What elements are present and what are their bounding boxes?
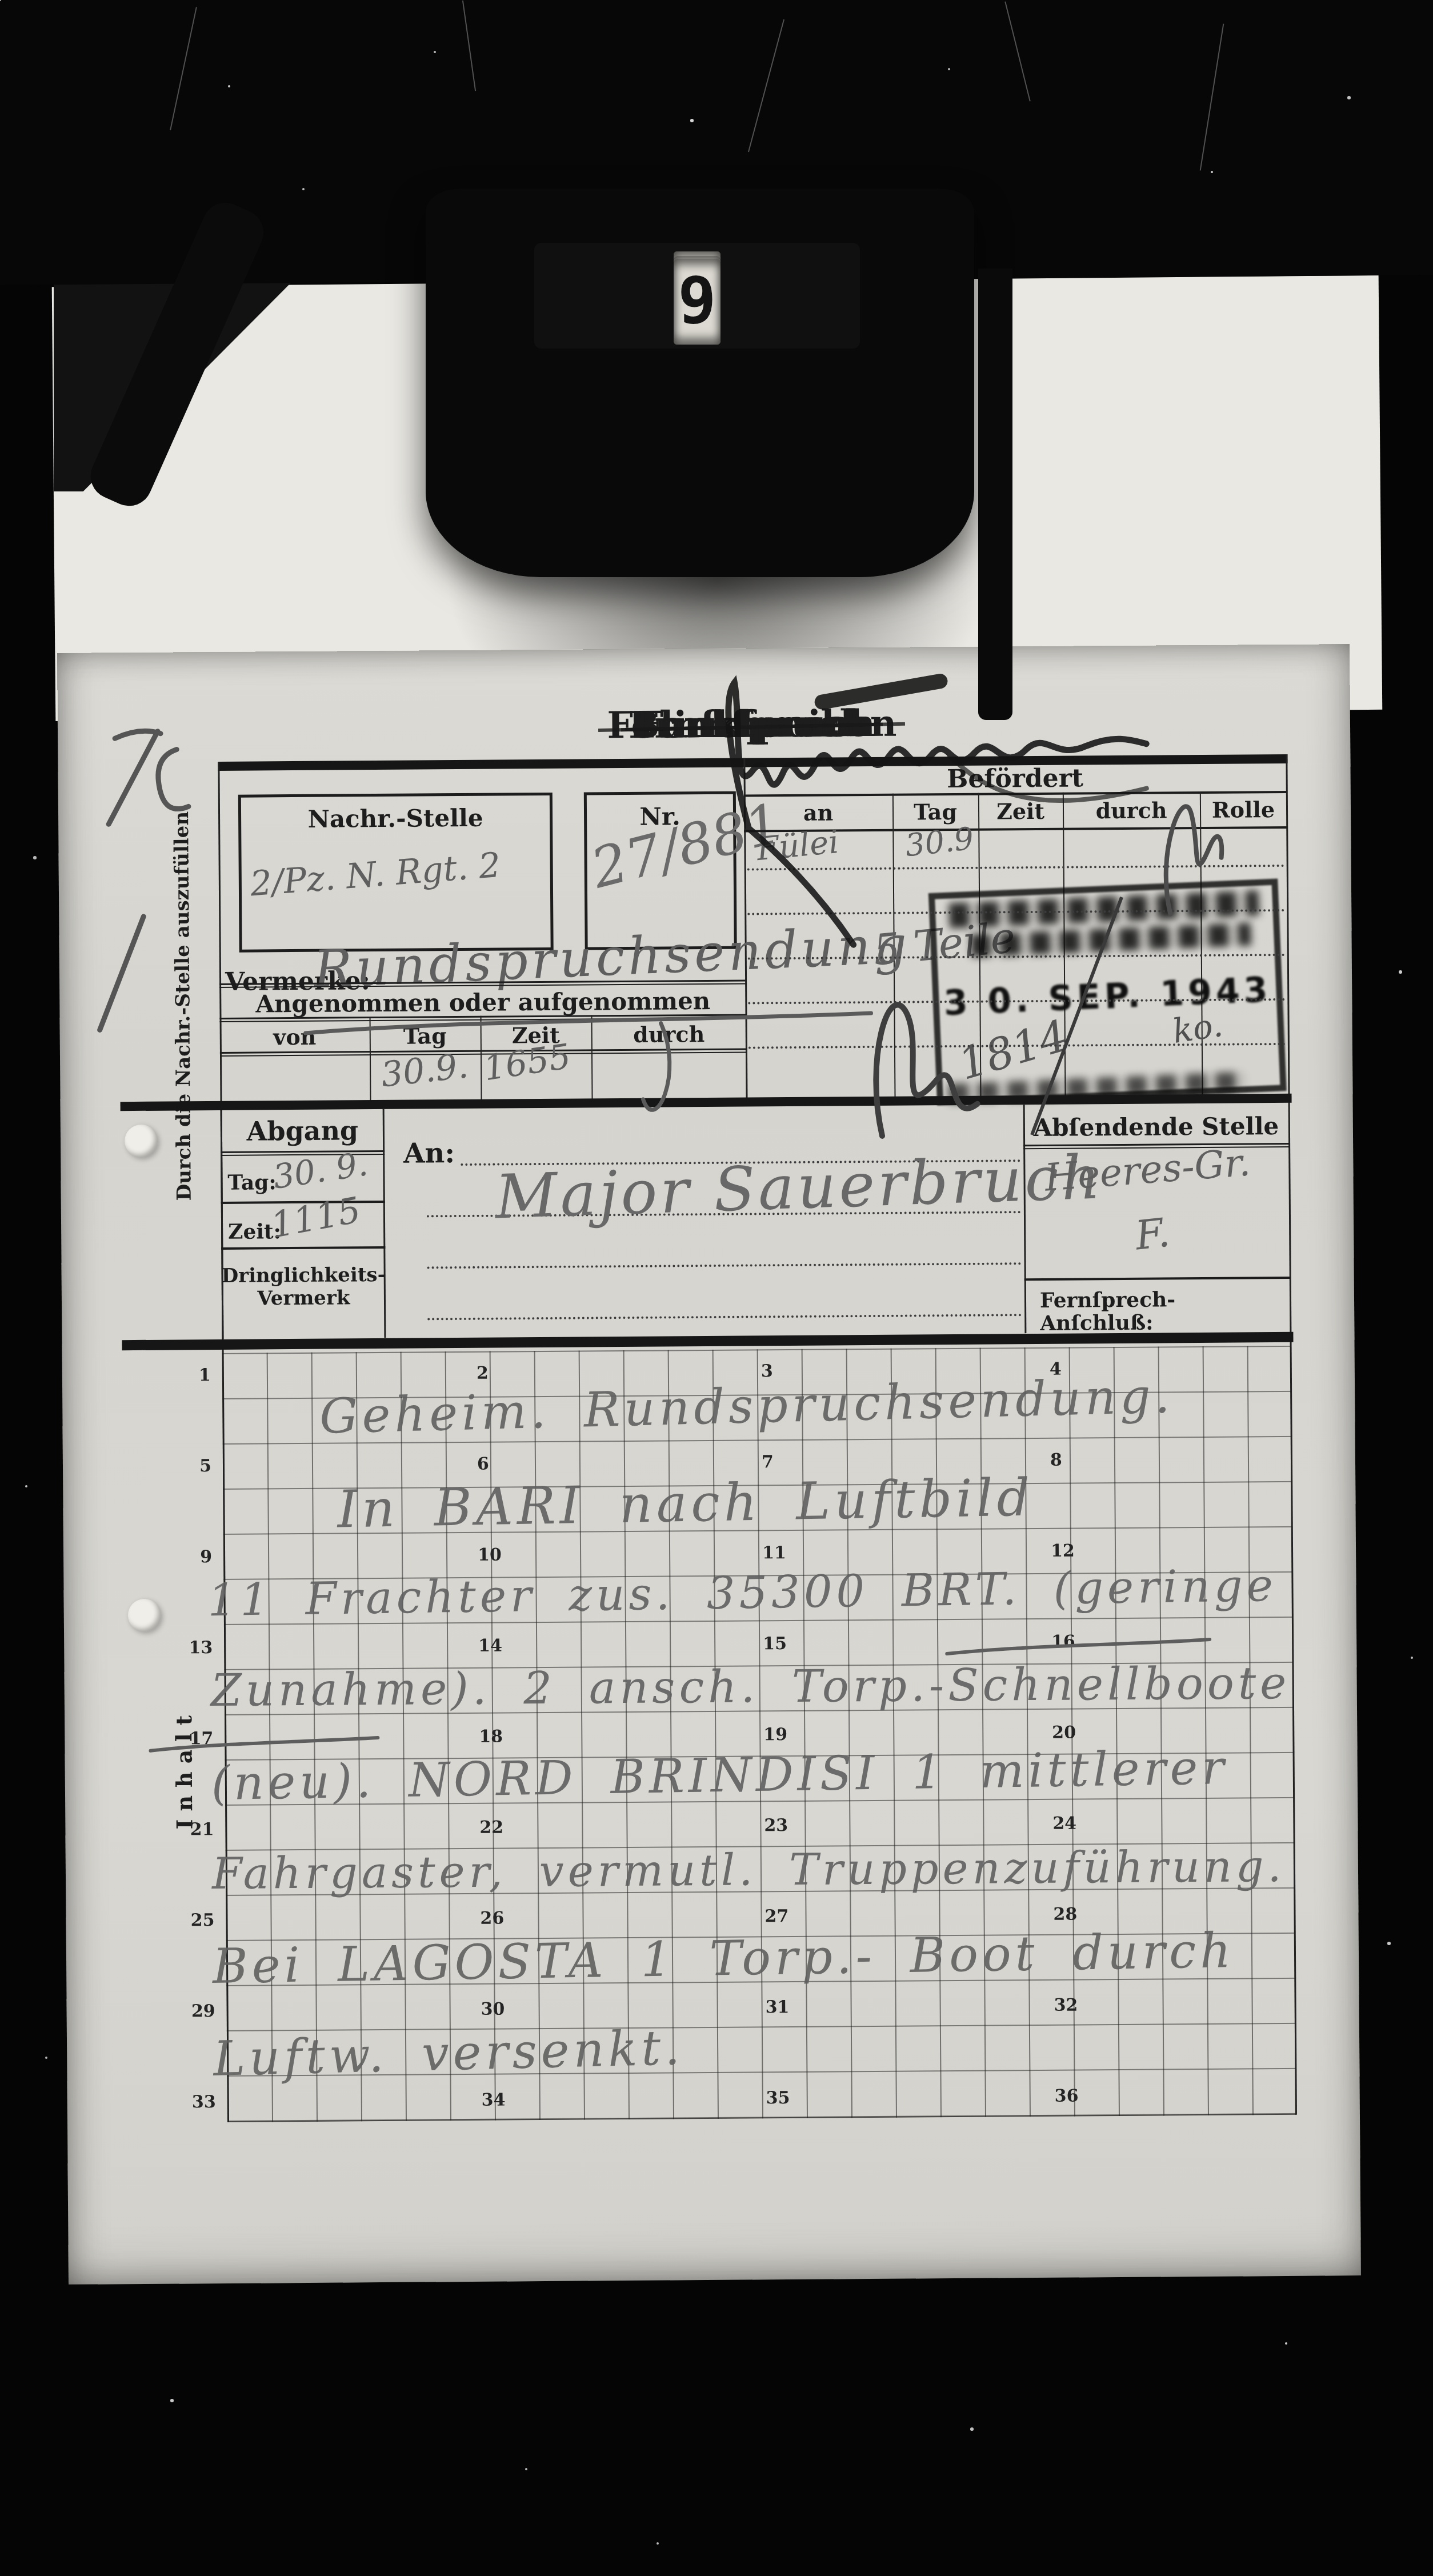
punch-hole-top: [125, 1125, 158, 1158]
befoerdert-dotted-row: [747, 865, 1284, 871]
grid-margin-number: 33: [189, 2092, 216, 2112]
message-line: Luftw. versenkt.: [213, 2019, 685, 2087]
grid-margin-number: 13: [185, 1638, 213, 1658]
befoerdert-entry-an: Fülei: [755, 823, 840, 868]
film-dust-specks: [0, 0, 1, 1]
fernsprech-line2: Anſchluß:: [1040, 1311, 1153, 1335]
grid-cell-number: 22: [479, 1818, 503, 1838]
grid-cell-number: 14: [478, 1636, 502, 1656]
abgang-zeit-value: 1115: [267, 1189, 363, 1246]
title-word: Blinkſpruch: [629, 702, 875, 747]
grid-cell-number: 27: [764, 1906, 788, 1926]
grid-margin-number: 25: [187, 1910, 214, 1930]
grid-cell-number: 30: [481, 1999, 505, 2019]
grid-margin-number: 9: [185, 1547, 212, 1567]
grid-cell-number: 15: [763, 1634, 787, 1654]
stamp-date: 3 0. SEP. 1943: [938, 970, 1276, 1024]
counter-window: 000669: [534, 243, 860, 349]
col-zeit: Zeit: [978, 798, 1063, 825]
nachr-stelle-label: Nachr.-Stelle: [241, 803, 550, 834]
grid-cell-number: 2: [477, 1363, 489, 1383]
form-title: Fernſpruch-Fernſchreiben-Funkſpruch-Blin…: [218, 699, 1286, 707]
message-line: Zunahme). 2 ansch. Torp.-Schnellboote: [210, 1658, 1290, 1717]
an-value: Major Sauerbruch: [494, 1142, 1104, 1232]
an-label: An:: [403, 1137, 455, 1170]
grid-cell-number: 6: [477, 1454, 489, 1474]
grid-margin-number: 5: [184, 1456, 211, 1476]
grid-cell-number: 8: [1050, 1450, 1062, 1470]
grid-cell-number: 23: [764, 1815, 788, 1835]
grid-cell-number: 7: [762, 1452, 774, 1472]
grid-cell-number: 34: [482, 2090, 506, 2110]
stamp-smudge-line-2: [971, 923, 1251, 957]
rule-above-abgang: [121, 1094, 1292, 1111]
grid-cell-number: 24: [1052, 1814, 1076, 1834]
absender-rule: [1024, 1277, 1290, 1281]
grid-cell-number: 10: [478, 1545, 502, 1565]
grid-cell-number: 32: [1054, 1995, 1078, 2015]
befoerdert-title: Befördert: [743, 762, 1286, 795]
abgang-rule-2: [221, 1246, 385, 1250]
grid-margin-number: 1: [183, 1365, 211, 1385]
punch-hole-bottom: [128, 1599, 161, 1632]
fernsprech-line1: Fernſprech-: [1040, 1287, 1175, 1313]
grid-cell-number: 26: [480, 1909, 504, 1929]
absender-line2: F.: [1133, 1209, 1172, 1259]
counter-digit: 9: [674, 259, 720, 345]
grid-cell-number: 35: [766, 2088, 790, 2108]
microfilm-frame: Durch die Nachr.-Stelle auszufüllen Fern…: [0, 0, 1433, 2576]
grid-cell-number: 36: [1055, 2086, 1079, 2106]
grid-margin-number: 21: [186, 1819, 214, 1839]
counter-device-bar: [978, 269, 1012, 720]
grid-cell-number: 18: [479, 1727, 503, 1747]
col-durch2: durch: [591, 1021, 747, 1048]
abgang-tag-label: Tag:: [227, 1170, 276, 1195]
grid-cell-number: 16: [1051, 1632, 1075, 1652]
col-durch: durch: [1063, 797, 1200, 824]
an-dotted-3: [427, 1262, 1022, 1269]
col-an: an: [744, 799, 892, 826]
side-fill-note: Durch die Nachr.-Stelle auszufüllen: [170, 766, 195, 1201]
grid-cell-number: 11: [762, 1543, 786, 1563]
an-dotted-4: [427, 1314, 1022, 1320]
message-line: In BARI nach Luftbild: [337, 1467, 1034, 1539]
grid-cell-number: 20: [1052, 1723, 1076, 1743]
col-tag2: Tag: [370, 1023, 481, 1049]
grid-cell-number: 28: [1053, 1905, 1077, 1925]
col-rolle: Rolle: [1200, 797, 1287, 823]
befoerdert-entry-tag: 30.9: [903, 820, 976, 863]
col-von: von: [220, 1023, 370, 1050]
grid-cell-number: 19: [763, 1725, 787, 1745]
message-line: Fahrgaster, vermutl. Truppenzuführung.: [212, 1841, 1286, 1899]
grid-cell-number: 31: [766, 1997, 790, 2017]
message-grid: [222, 1346, 1296, 2122]
angenommen-title: Angenommen oder aufgenommen: [219, 987, 746, 1018]
grid-margin-number: 17: [186, 1729, 213, 1749]
absender-title: Abſendende Stelle: [1023, 1112, 1289, 1142]
dringlichkeit-line1: Dringlichkeits-: [222, 1263, 386, 1287]
grid-cell-number: 12: [1051, 1541, 1075, 1561]
dringlichkeit-line2: Vermerk: [222, 1286, 386, 1310]
message-form-sheet: Durch die Nachr.-Stelle auszufüllen Fern…: [57, 644, 1361, 2285]
grid-margin-number: 29: [188, 2001, 215, 2021]
abgang-title: Abgang: [221, 1115, 385, 1147]
